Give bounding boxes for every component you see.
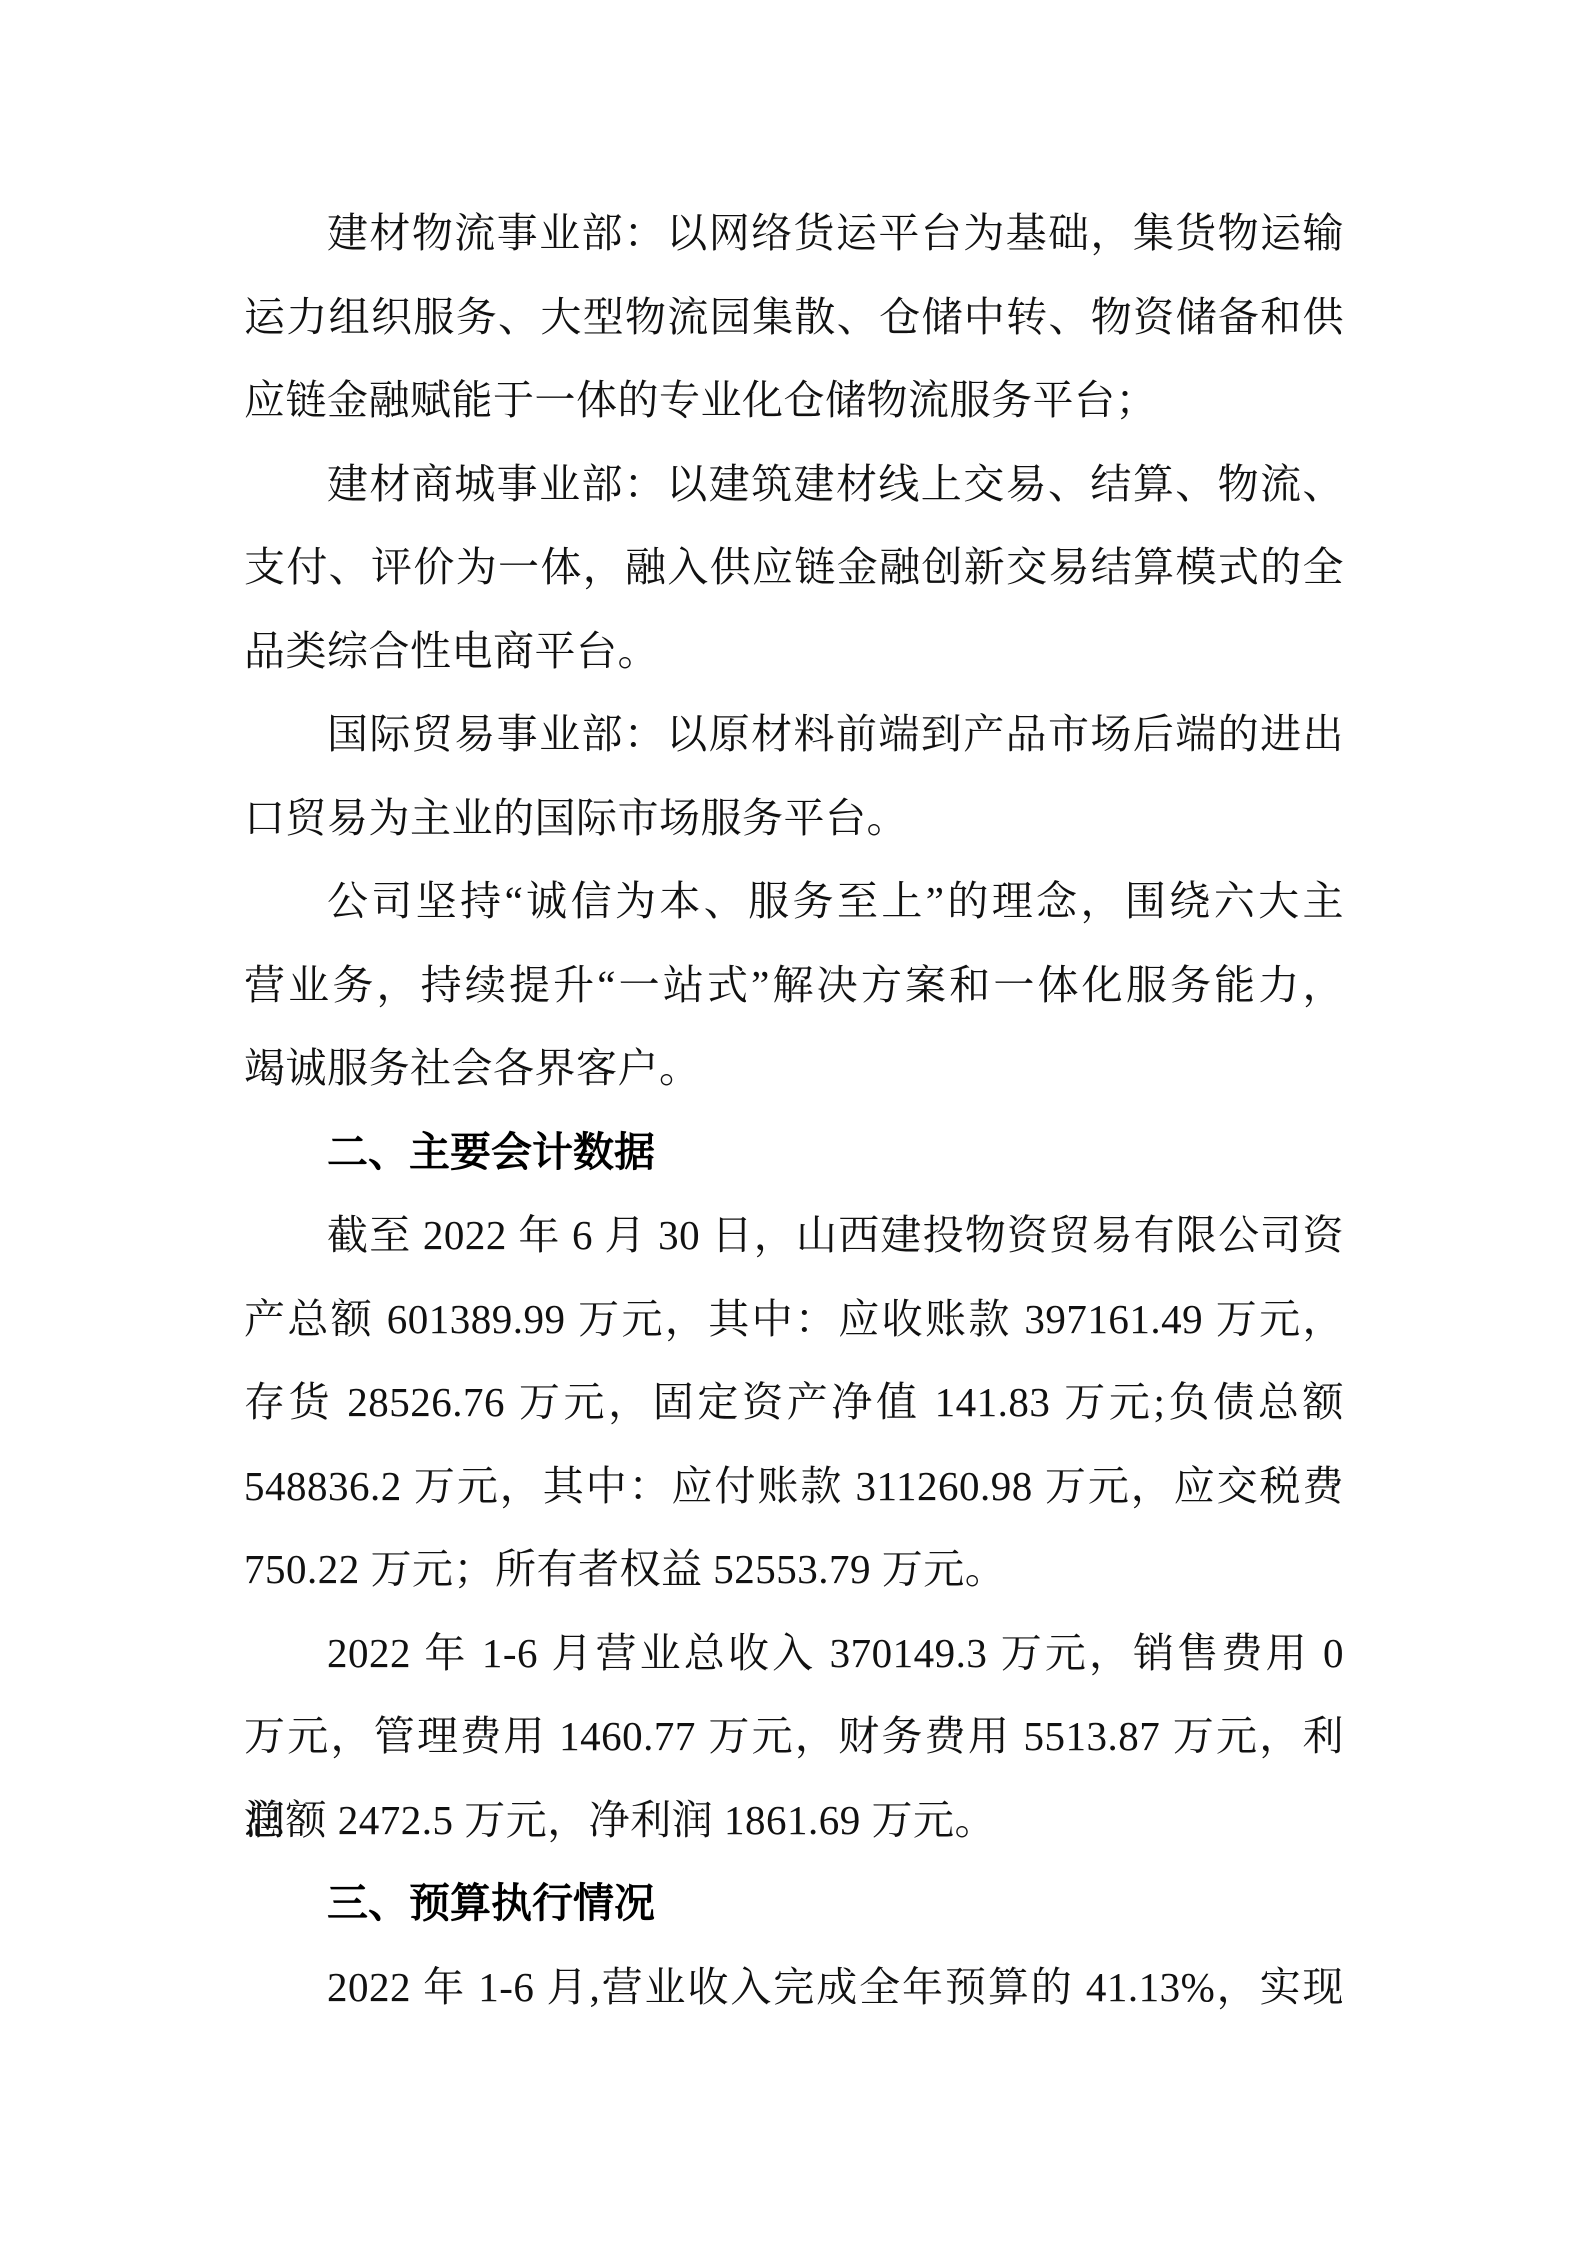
body-line: 应链金融赋能于一体的专业化仓储物流服务平台；	[244, 359, 1344, 443]
body-line: 运力组织服务、大型物流园集散、仓储中转、物资储备和供	[244, 276, 1344, 360]
body-line: 建材商城事业部：以建筑建材线上交易、结算、物流、	[244, 443, 1344, 527]
body-line: 公司坚持“诚信为本、服务至上”的理念，围绕六大主	[244, 860, 1344, 944]
body-line: 存货 28526.76 万元，固定资产净值 141.83 万元;负债总额	[244, 1361, 1344, 1445]
body-line: 口贸易为主业的国际市场服务平台。	[244, 777, 1344, 861]
section-heading-accounting-data: 二、主要会计数据	[244, 1111, 1344, 1195]
body-line: 国际贸易事业部：以原材料前端到产品市场后端的进出	[244, 693, 1344, 777]
body-line: 营业务，持续提升“一站式”解决方案和一体化服务能力，	[244, 944, 1344, 1028]
body-line: 总额 2472.5 万元，净利润 1861.69 万元。	[244, 1779, 1344, 1863]
body-line: 750.22 万元；所有者权益 52553.79 万元。	[244, 1528, 1344, 1612]
body-line: 2022 年 1-6 月,营业收入完成全年预算的 41.13%，实现	[244, 1946, 1344, 2030]
section-heading-budget-execution: 三、预算执行情况	[244, 1862, 1344, 1946]
body-line: 品类综合性电商平台。	[244, 610, 1344, 694]
body-line: 万元，管理费用 1460.77 万元，财务费用 5513.87 万元，利润	[244, 1695, 1344, 1779]
document-page: 建材物流事业部：以网络货运平台为基础，集货物运输 运力组织服务、大型物流园集散、…	[0, 0, 1587, 2245]
body-line: 支付、评价为一体，融入供应链金融创新交易结算模式的全	[244, 526, 1344, 610]
body-line: 548836.2 万元，其中：应付账款 311260.98 万元，应交税费	[244, 1445, 1344, 1529]
body-line: 2022 年 1-6 月营业总收入 370149.3 万元，销售费用 0	[244, 1612, 1344, 1696]
body-line: 产总额 601389.99 万元，其中：应收账款 397161.49 万元，	[244, 1278, 1344, 1362]
body-line: 截至 2022 年 6 月 30 日，山西建投物资贸易有限公司资	[244, 1194, 1344, 1278]
body-line: 竭诚服务社会各界客户。	[244, 1027, 1344, 1111]
document-body: 建材物流事业部：以网络货运平台为基础，集货物运输 运力组织服务、大型物流园集散、…	[244, 192, 1344, 2029]
body-line: 建材物流事业部：以网络货运平台为基础，集货物运输	[244, 192, 1344, 276]
